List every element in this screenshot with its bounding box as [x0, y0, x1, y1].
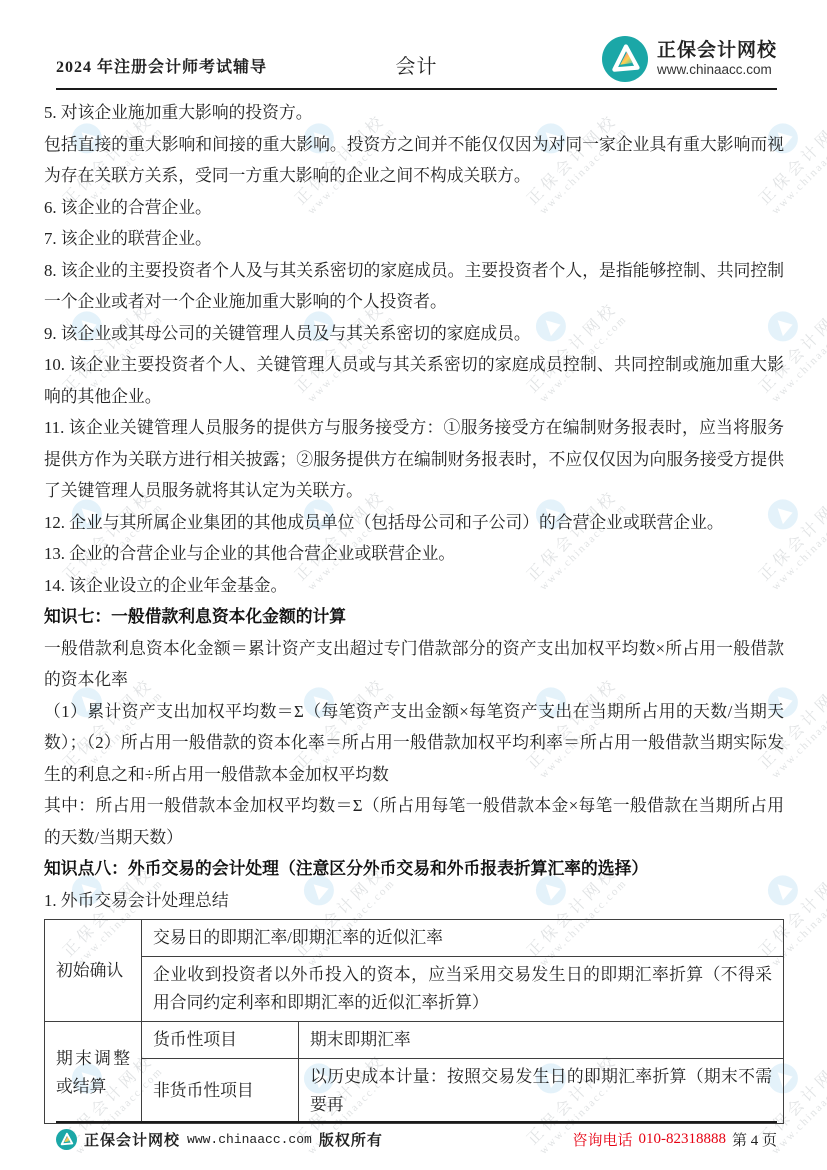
body-paragraph: 11. 该企业关键管理人员服务的提供方与服务接受方：①服务接受方在编制财务报表时… [44, 412, 784, 507]
body-paragraph: 8. 该企业的主要投资者个人及与其关系密切的家庭成员。主要投资者个人，是指能够控… [44, 255, 784, 318]
brand-logo: 正保会计网校 www.chinaacc.com [602, 36, 777, 86]
body-paragraph: （1）累计资产支出加权平均数＝Σ（每笔资产支出金额×每笔资产支出在当期所占用的天… [44, 696, 784, 791]
table-cell-item: 货币性项目 [142, 1022, 299, 1059]
header-course-title: 2024 年注册会计师考试辅导 [56, 54, 267, 86]
body-paragraph: 1. 外币交易会计处理总结 [44, 885, 784, 917]
body-paragraph: 5. 对该企业施加重大影响的投资方。 [44, 97, 784, 129]
footer-phone-label: 咨询电话 [572, 1129, 632, 1150]
body-paragraph: 包括直接的重大影响和间接的重大影响。投资方之间并不能仅仅因为对同一家企业具有重大… [44, 129, 784, 192]
page-footer: 正保会计网校 www.chinaacc.com 版权所有 咨询电话 010-82… [56, 1129, 777, 1150]
section-heading-knowledge-7: 知识七：一般借款利息资本化金额的计算 [44, 601, 784, 633]
table-cell-stage-period-end: 期末调整或结算 [45, 1022, 142, 1124]
document-body: 5. 对该企业施加重大影响的投资方。 包括直接的重大影响和间接的重大影响。投资方… [44, 97, 784, 1124]
table-cell-rule: 交易日的即期汇率/即期汇率的近似汇率 [142, 920, 784, 957]
table-cell-rule: 以历史成本计量：按照交易发生日的即期汇率折算（期末不需要再 [299, 1059, 784, 1124]
brand-logo-icon [56, 1129, 77, 1150]
document-page: 正保会计网校www.chinaacc.com正保会计网校www.chinaacc… [0, 0, 827, 1170]
footer-brand-name: 正保会计网校 [84, 1129, 180, 1150]
footer-phone-number: 010-82318888 [638, 1131, 726, 1148]
table-cell-stage-initial: 初始确认 [45, 920, 142, 1022]
header-divider [56, 88, 777, 90]
footer-brand: 正保会计网校 www.chinaacc.com 版权所有 [56, 1129, 383, 1150]
footer-contact: 咨询电话 010-82318888 第 4 页 [572, 1129, 777, 1150]
body-paragraph: 7. 该企业的联营企业。 [44, 223, 784, 255]
table-row: 非货币性项目 以历史成本计量：按照交易发生日的即期汇率折算（期末不需要再 [45, 1059, 784, 1124]
table-row: 初始确认 交易日的即期汇率/即期汇率的近似汇率 [45, 920, 784, 957]
header-subject-title: 会计 [396, 50, 438, 79]
body-paragraph: 9. 该企业或其母公司的关键管理人员及与其关系密切的家庭成员。 [44, 318, 784, 350]
footer-rights: 版权所有 [319, 1129, 383, 1150]
body-paragraph: 12. 企业与其所属企业集团的其他成员单位（包括母公司和子公司）的合营企业或联营… [44, 507, 784, 539]
fx-accounting-table: 初始确认 交易日的即期汇率/即期汇率的近似汇率 企业收到投资者以外币投入的资本，… [44, 919, 784, 1124]
body-paragraph: 10. 该企业主要投资者个人、关键管理人员或与其关系密切的家庭成员控制、共同控制… [44, 349, 784, 412]
brand-name: 正保会计网校 [657, 40, 777, 62]
body-paragraph: 14. 该企业设立的企业年金基金。 [44, 570, 784, 602]
footer-page-number: 第 4 页 [732, 1129, 777, 1150]
footer-divider [56, 1121, 777, 1123]
page-header: 2024 年注册会计师考试辅导 会计 [56, 24, 777, 86]
body-paragraph: 13. 企业的合营企业与企业的其他合营企业或联营企业。 [44, 538, 784, 570]
brand-logo-text: 正保会计网校 www.chinaacc.com [657, 40, 777, 77]
section-heading-knowledge-8: 知识点八：外币交易的会计处理（注意区分外币交易和外币报表折算汇率的选择） [44, 853, 784, 885]
table-cell-rule: 企业收到投资者以外币投入的资本，应当采用交易发生日的即期汇率折算（不得采用合同约… [142, 957, 784, 1022]
table-cell-rule: 期末即期汇率 [299, 1022, 784, 1059]
brand-url: www.chinaacc.com [657, 62, 777, 78]
table-row: 企业收到投资者以外币投入的资本，应当采用交易发生日的即期汇率折算（不得采用合同约… [45, 957, 784, 1022]
body-paragraph: 其中：所占用一般借款本金加权平均数＝Σ（所占用每笔一般借款本金×每笔一般借款在当… [44, 790, 784, 853]
body-paragraph: 一般借款利息资本化金额＝累计资产支出超过专门借款部分的资产支出加权平均数×所占用… [44, 633, 784, 696]
body-paragraph: 6. 该企业的合营企业。 [44, 192, 784, 224]
footer-brand-url: www.chinaacc.com [187, 1132, 312, 1147]
brand-logo-icon [602, 36, 648, 82]
table-cell-item: 非货币性项目 [142, 1059, 299, 1124]
table-row: 期末调整或结算 货币性项目 期末即期汇率 [45, 1022, 784, 1059]
